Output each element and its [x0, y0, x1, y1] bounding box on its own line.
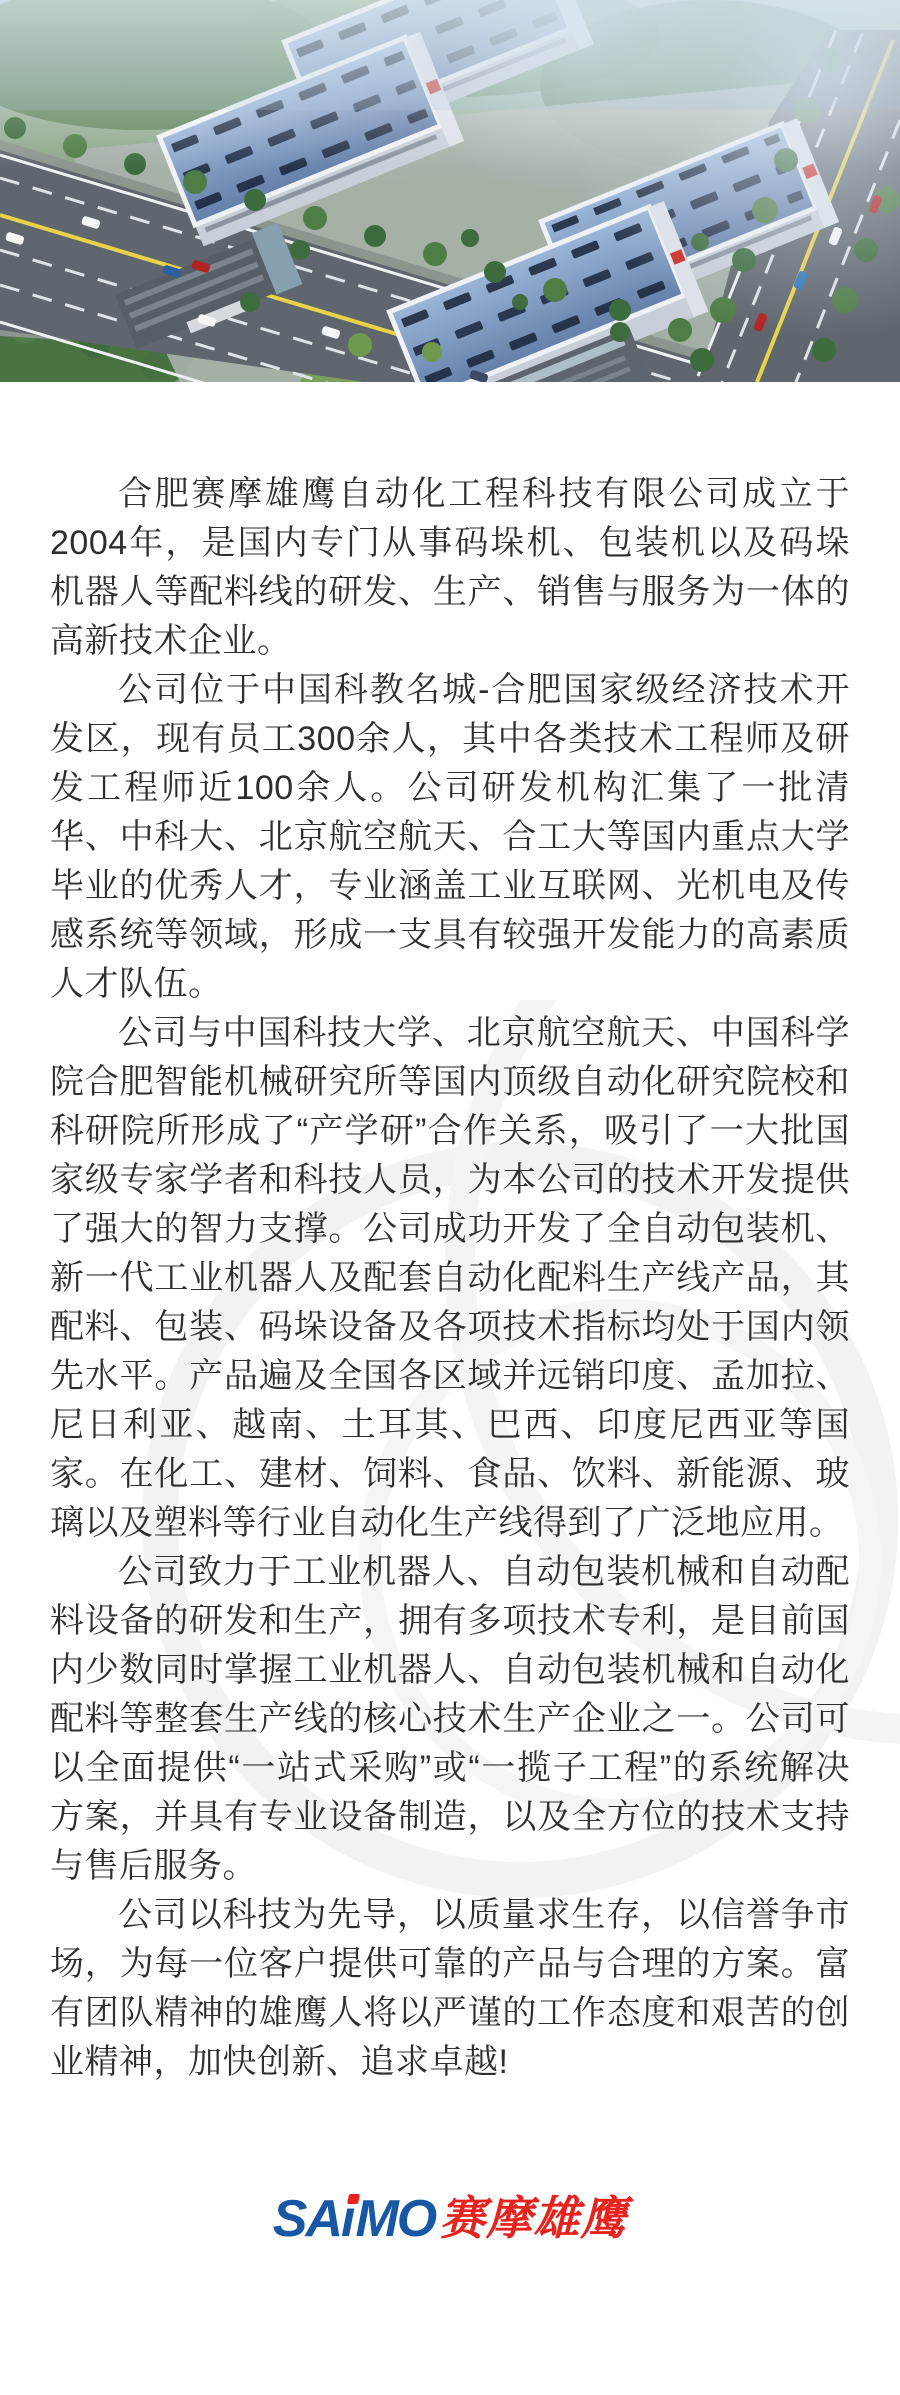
company-profile-page: 合肥赛摩雄鹰自动化工程科技有限公司成立于2004年，是国内专门从事码垛机、包装机…: [0, 0, 900, 2395]
campus-aerial-photo: [0, 0, 900, 382]
intro-paragraph-1: 合肥赛摩雄鹰自动化工程科技有限公司成立于2004年，是国内专门从事码垛机、包装机…: [50, 470, 850, 666]
intro-paragraph-4: 公司致力于工业机器人、自动包装机械和自动配料设备的研发和生产，拥有多项技术专利，…: [50, 1548, 850, 1891]
logo-latin-prefix: SA: [273, 2190, 341, 2248]
logo-letter-i-red-dot: i: [341, 2193, 355, 2245]
company-intro-text: 合肥赛摩雄鹰自动化工程科技有限公司成立于2004年，是国内专门从事码垛机、包装机…: [0, 382, 900, 2087]
intro-paragraph-3: 公司与中国科技大学、北京航空航天、中国科学院合肥智能机械研究所等国内顶级自动化研…: [50, 1009, 850, 1548]
logo-chinese-text: 赛摩雄鹰: [439, 2192, 627, 2244]
logo-latin-suffix: MO: [355, 2190, 435, 2248]
intro-paragraph-2: 公司位于中国科教名城-合肥国家级经济技术开发区，现有员工300余人，其中各类技术…: [50, 666, 850, 1009]
saimo-logo: SAiMO赛摩雄鹰: [0, 2193, 900, 2245]
intro-paragraph-5: 公司以科技为先导，以质量求生存，以信誉争市场，为每一位客户提供可靠的产品与合理的…: [50, 1891, 850, 2087]
